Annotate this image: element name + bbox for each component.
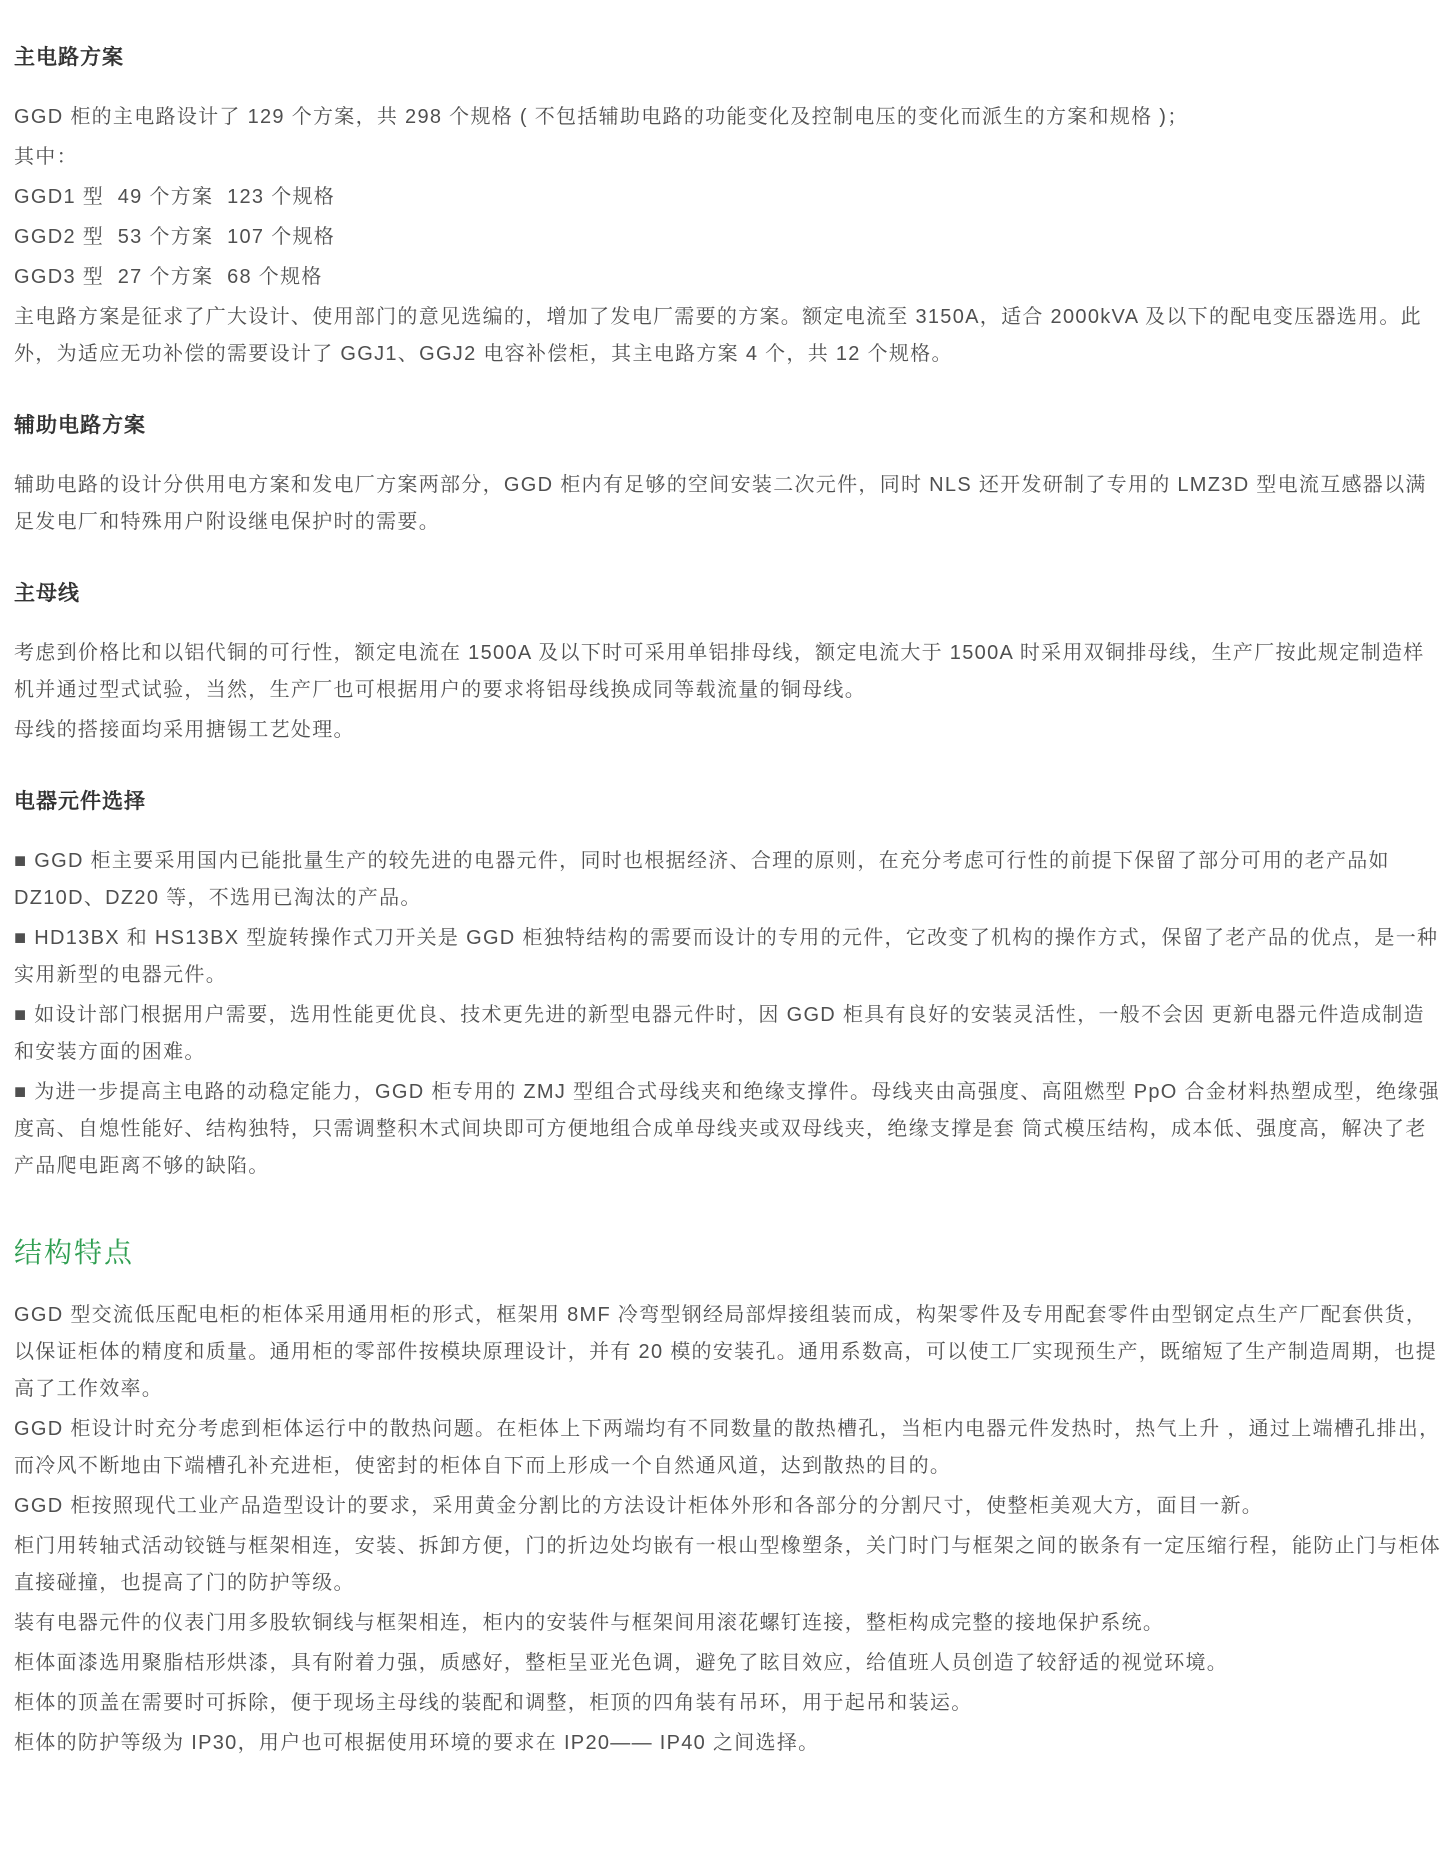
document-page: 主电路方案 GGD 柜的主电路设计了 129 个方案，共 298 个规格 ( 不… — [0, 0, 1456, 1849]
paragraph: 其中： — [14, 139, 1442, 176]
bullet-paragraph: ■ GGD 柜主要采用国内已能批量生产的较先进的电器元件，同时也根据经济、合理的… — [14, 843, 1442, 917]
spec-line-ggd2: GGD2 型 53 个方案 107 个规格 — [14, 219, 1442, 256]
section-heading: 辅助电路方案 — [14, 413, 1442, 439]
section-heading: 电器元件选择 — [14, 789, 1442, 815]
paragraph: GGD 柜设计时充分考虑到柜体运行中的散热问题。在柜体上下两端均有不同数量的散热… — [14, 1411, 1442, 1485]
section-component-selection: 电器元件选择 ■ GGD 柜主要采用国内已能批量生产的较先进的电器元件，同时也根… — [14, 789, 1442, 1185]
paragraph: 柜体的防护等级为 IP30，用户也可根据使用环境的要求在 IP20—— IP40… — [14, 1725, 1442, 1762]
spec-line-ggd3: GGD3 型 27 个方案 68 个规格 — [14, 259, 1442, 296]
paragraph: GGD 柜的主电路设计了 129 个方案，共 298 个规格 ( 不包括辅助电路… — [14, 99, 1442, 136]
paragraph: 柜体的顶盖在需要时可拆除，便于现场主母线的装配和调整，柜顶的四角装有吊环，用于起… — [14, 1685, 1442, 1722]
paragraph: 柜门用转轴式活动铰链与框架相连，安装、拆卸方便，门的折边处均嵌有一根山型橡塑条，… — [14, 1528, 1442, 1602]
section-auxiliary-circuit-scheme: 辅助电路方案 辅助电路的设计分供用电方案和发电厂方案两部分，GGD 柜内有足够的… — [14, 413, 1442, 541]
section-heading-accent: 结构特点 — [14, 1233, 1442, 1273]
paragraph: 主电路方案是征求了广大设计、使用部门的意见选编的，增加了发电厂需要的方案。额定电… — [14, 299, 1442, 373]
section-structure-features: 结构特点 GGD 型交流低压配电柜的柜体采用通用柜的形式，框架用 8MF 冷弯型… — [14, 1233, 1442, 1762]
paragraph: 母线的搭接面均采用搪锡工艺处理。 — [14, 712, 1442, 749]
bullet-paragraph: ■ 如设计部门根据用户需要，选用性能更优良、技术更先进的新型电器元件时，因 GG… — [14, 997, 1442, 1071]
bullet-paragraph: ■ HD13BX 和 HS13BX 型旋转操作式刀开关是 GGD 柜独特结构的需… — [14, 920, 1442, 994]
spec-line-ggd1: GGD1 型 49 个方案 123 个规格 — [14, 179, 1442, 216]
bullet-paragraph: ■ 为进一步提高主电路的动稳定能力，GGD 柜专用的 ZMJ 型组合式母线夹和绝… — [14, 1074, 1442, 1185]
paragraph: 考虑到价格比和以铝代铜的可行性，额定电流在 1500A 及以下时可采用单铝排母线… — [14, 635, 1442, 709]
paragraph: GGD 柜按照现代工业产品造型设计的要求，采用黄金分割比的方法设计柜体外形和各部… — [14, 1488, 1442, 1525]
section-main-busbar: 主母线 考虑到价格比和以铝代铜的可行性，额定电流在 1500A 及以下时可采用单… — [14, 581, 1442, 749]
paragraph: GGD 型交流低压配电柜的柜体采用通用柜的形式，框架用 8MF 冷弯型钢经局部焊… — [14, 1297, 1442, 1408]
paragraph: 装有电器元件的仪表门用多股软铜线与框架相连，柜内的安装件与框架间用滚花螺钉连接，… — [14, 1605, 1442, 1642]
paragraph: 辅助电路的设计分供用电方案和发电厂方案两部分，GGD 柜内有足够的空间安装二次元… — [14, 467, 1442, 541]
paragraph: 柜体面漆选用聚脂桔形烘漆，具有附着力强，质感好，整柜呈亚光色调，避免了眩目效应，… — [14, 1645, 1442, 1682]
section-main-circuit-scheme: 主电路方案 GGD 柜的主电路设计了 129 个方案，共 298 个规格 ( 不… — [14, 45, 1442, 373]
section-heading: 主母线 — [14, 581, 1442, 607]
section-heading: 主电路方案 — [14, 45, 1442, 71]
